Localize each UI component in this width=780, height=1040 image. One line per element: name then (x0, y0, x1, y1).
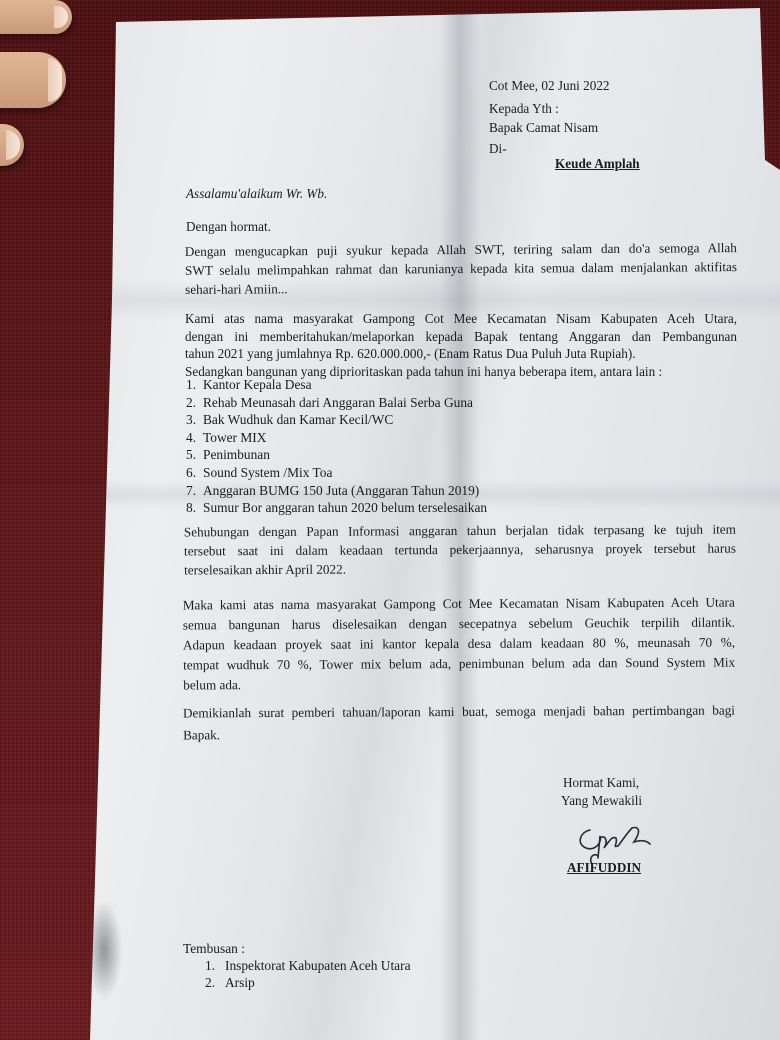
recipient-salutation: Kepada Yth : (489, 101, 559, 117)
closing-line-2: Yang Mewakili (561, 793, 642, 809)
letter: Cot Mee, 02 Juni 2022 Kepada Yth : Bapak… (0, 0, 780, 1040)
paragraph-5: Demikianlah surat pemberi tahuan/laporan… (183, 700, 735, 747)
list-item: 2.Rehab Meunasah dari Anggaran Balai Ser… (186, 394, 487, 412)
list-item: 8.Sumur Bor anggaran tahun 2020 belum te… (186, 499, 487, 517)
list-item: 3.Bak Wudhuk dan Kamar Kecil/WC (186, 411, 487, 429)
cc-item: 2.Arsip (183, 974, 411, 991)
paragraph-2: Kami atas nama masyarakat Gampong Cot Me… (185, 310, 737, 380)
list-item: 4.Tower MIX (186, 429, 487, 447)
priority-list: 1.Kantor Kepala Desa 2.Rehab Meunasah da… (186, 376, 487, 517)
recipient-at: Di- (489, 141, 507, 157)
cc-label: Tembusan : (183, 940, 411, 957)
opening: Dengan hormat. (186, 219, 271, 235)
list-item: 6.Sound System /Mix Toa (186, 464, 487, 482)
recipient-location: Keude Amplah (555, 156, 640, 172)
place-date: Cot Mee, 02 Juni 2022 (489, 78, 610, 94)
closing-line-1: Hormat Kami, (563, 775, 639, 791)
carbon-copy: Tembusan : 1.Inspektorat Kabupaten Aceh … (183, 940, 411, 991)
paragraph-1: Dengan mengucapkan puji syukur kepada Al… (185, 238, 737, 299)
paragraph-3: Sehubungan dengan Papan Informasi anggar… (184, 520, 736, 580)
list-item: 7.Anggaran BUMG 150 Juta (Anggaran Tahun… (186, 482, 487, 500)
paragraph-4: Maka kami atas nama masyarakat Gampong C… (183, 593, 736, 696)
cc-item: 1.Inspektorat Kabupaten Aceh Utara (183, 957, 411, 974)
recipient-name: Bapak Camat Nisam (489, 120, 598, 136)
list-item: 5.Penimbunan (186, 446, 487, 464)
list-item: 1.Kantor Kepala Desa (186, 376, 487, 394)
signer-name: AFIFUDDIN (567, 860, 641, 876)
greeting: Assalamu'alaikum Wr. Wb. (186, 186, 327, 202)
